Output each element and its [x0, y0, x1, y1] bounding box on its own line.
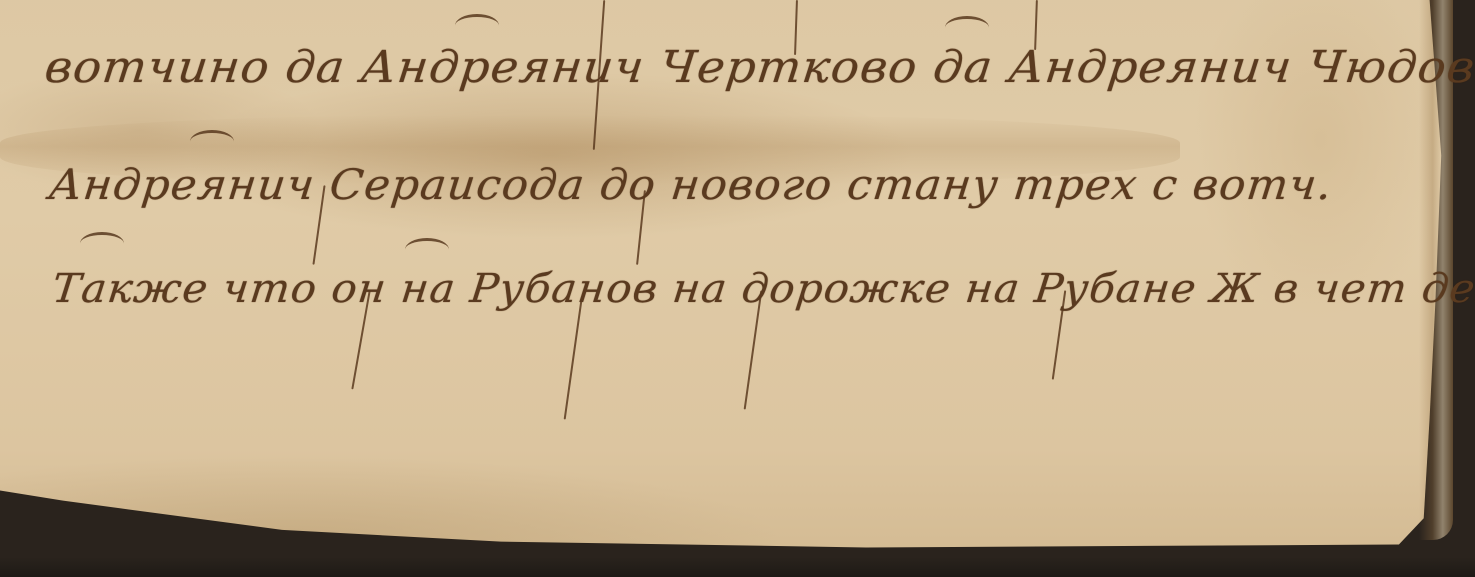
manuscript-text: вотчино да Андреянич Чертково да Андреян… [0, 0, 1475, 577]
descender-stroke [564, 300, 583, 419]
titlo-mark [455, 14, 499, 37]
manuscript-line-2: Андреянич Сераисода до нового стану трех… [47, 160, 1335, 209]
titlo-mark [945, 16, 989, 39]
manuscript-line-1: вотчино да Андреянич Чертково да Андреян… [42, 42, 1475, 93]
titlo-mark [80, 232, 124, 255]
titlo-mark [190, 130, 234, 153]
titlo-mark [405, 238, 449, 261]
manuscript-line-3: Также что он на Рубанов на дорожке на Ру… [50, 266, 1475, 312]
manuscript-photo: вотчино да Андреянич Чертково да Андреян… [0, 0, 1475, 577]
